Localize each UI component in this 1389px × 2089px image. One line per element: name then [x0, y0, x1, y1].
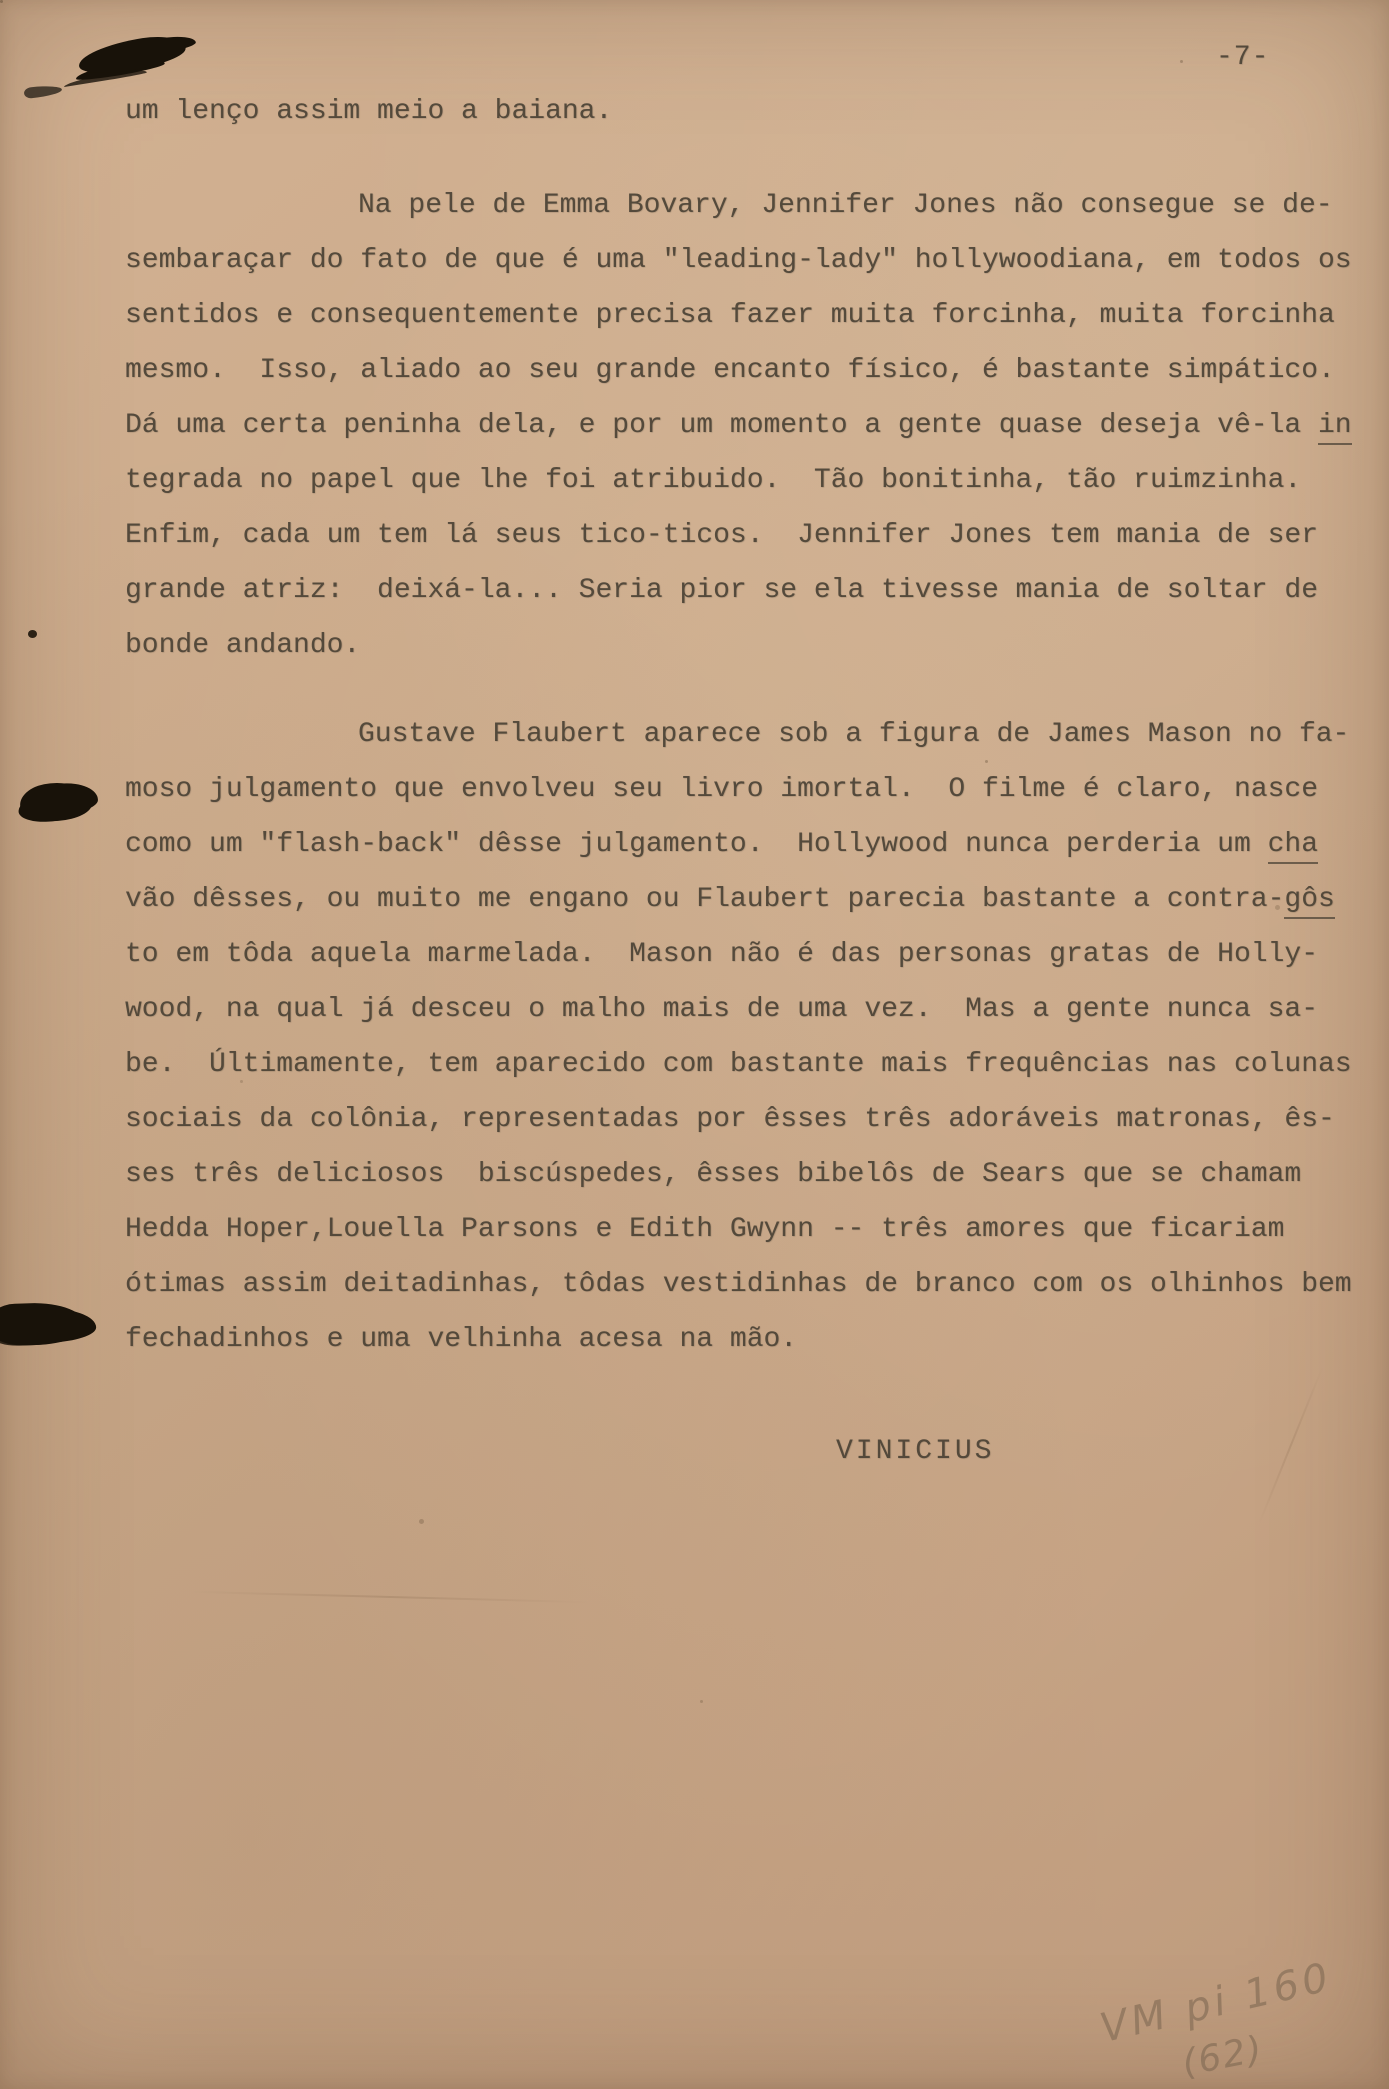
- text-line: to em tôda aquela marmelada. Mason não é…: [125, 927, 1380, 982]
- paragraph: Na pele de Emma Bovary, Jennifer Jones n…: [125, 178, 1380, 673]
- text-line: be. Últimamente, tem aparecido com basta…: [125, 1037, 1380, 1092]
- text-line: Hedda Hoper,Louella Parsons e Edith Gwyn…: [125, 1202, 1380, 1257]
- text-line-body: wood, na qual já desceu o malho mais de …: [125, 994, 1318, 1025]
- text-line: vão dêsses, ou muito me engano ou Flaube…: [125, 872, 1380, 927]
- text-line-body: ses três deliciosos biscúspedes, êsses b…: [125, 1159, 1301, 1190]
- signature: VINICIUS: [836, 1424, 994, 1479]
- text-line-body: sentidos e consequentemente precisa faze…: [125, 300, 1335, 331]
- text-line: wood, na qual já desceu o malho mais de …: [125, 982, 1380, 1037]
- text-line: sembaraçar do fato de que é uma "leading…: [125, 233, 1380, 288]
- text-line-body: Na pele de Emma Bovary, Jennifer Jones n…: [358, 190, 1333, 221]
- page-number: -7-: [1216, 42, 1269, 73]
- opening-line: um lenço assim meio a baiana.: [125, 96, 612, 127]
- text-line: mesmo. Isso, aliado ao seu grande encant…: [125, 343, 1380, 398]
- paper-specks: [0, 0, 3, 3]
- text-line-body: Hedda Hoper,Louella Parsons e Edith Gwyn…: [125, 1214, 1284, 1245]
- paragraphs: Na pele de Emma Bovary, Jennifer Jones n…: [125, 178, 1380, 1367]
- text-line-body: be. Últimamente, tem aparecido com basta…: [125, 1049, 1352, 1080]
- ink-dot-left: [28, 630, 37, 638]
- text-line: bonde andando.: [125, 618, 1380, 673]
- text-line-body: to em tôda aquela marmelada. Mason não é…: [125, 939, 1318, 970]
- text-line-body: como um "flash-back" dêsse julgamento. H…: [125, 829, 1268, 860]
- underlined-syllable: gôs: [1284, 884, 1334, 919]
- pen-mark-left-margin: [24, 84, 63, 99]
- paper-crease-horizontal: [190, 1591, 590, 1603]
- text-line-body: Enfim, cada um tem lá seus tico-ticos. J…: [125, 520, 1318, 551]
- text-line-body: Dá uma certa peninha dela, e por um mome…: [125, 410, 1318, 441]
- text-line-body: ótimas assim deitadinhas, tôdas vestidin…: [125, 1269, 1352, 1300]
- text-line-body: sembaraçar do fato de que é uma "leading…: [125, 245, 1352, 276]
- text-line: ses três deliciosos biscúspedes, êsses b…: [125, 1147, 1380, 1202]
- underlined-syllable: in: [1318, 410, 1352, 445]
- paragraph: Gustave Flaubert aparece sob a figura de…: [125, 707, 1380, 1367]
- text-line: Enfim, cada um tem lá seus tico-ticos. J…: [125, 508, 1380, 563]
- ink-blot-left-lower: [0, 1301, 87, 1346]
- underlined-syllable: cha: [1268, 829, 1318, 864]
- text-line: Na pele de Emma Bovary, Jennifer Jones n…: [125, 178, 1380, 233]
- text-line-body: fechadinhos e uma velhinha acesa na mão.: [125, 1324, 797, 1355]
- text-line: moso julgamento que envolveu seu livro i…: [125, 762, 1380, 817]
- text-line: sociais da colônia, representadas por ês…: [125, 1092, 1380, 1147]
- text-line: grande atriz: deixá-la... Seria pior se …: [125, 563, 1380, 618]
- text-line-body: sociais da colônia, representadas por ês…: [125, 1104, 1335, 1135]
- text-line-body: bonde andando.: [125, 630, 360, 661]
- text-line: ótimas assim deitadinhas, tôdas vestidin…: [125, 1257, 1380, 1312]
- paper-crease-diagonal: [1258, 1366, 1324, 1524]
- text-line-body: mesmo. Isso, aliado ao seu grande encant…: [125, 355, 1335, 386]
- text-line: Gustave Flaubert aparece sob a figura de…: [125, 707, 1380, 762]
- text-line-body: Gustave Flaubert aparece sob a figura de…: [358, 719, 1349, 750]
- text-line: sentidos e consequentemente precisa faze…: [125, 288, 1380, 343]
- handwritten-note-line2: (62): [1179, 2029, 1267, 2085]
- ink-blot-top-left: [76, 32, 187, 79]
- document-page: { "colors": { "paper": "#cbaa8a", "ink":…: [0, 0, 1389, 2089]
- text-line-body: moso julgamento que envolveu seu livro i…: [125, 774, 1318, 805]
- text-line: fechadinhos e uma velhinha acesa na mão.: [125, 1312, 1380, 1367]
- text-line: Dá uma certa peninha dela, e por um mome…: [125, 398, 1380, 453]
- text-line: tegrada no papel que lhe foi atribuido. …: [125, 453, 1380, 508]
- text-line-body: grande atriz: deixá-la... Seria pior se …: [125, 575, 1318, 606]
- text-line: como um "flash-back" dêsse julgamento. H…: [125, 817, 1380, 872]
- text-line-body: tegrada no papel que lhe foi atribuido. …: [125, 465, 1301, 496]
- ink-blot-left-middle: [19, 781, 93, 824]
- text-line-body: vão dêsses, ou muito me engano ou Flaube…: [125, 884, 1284, 915]
